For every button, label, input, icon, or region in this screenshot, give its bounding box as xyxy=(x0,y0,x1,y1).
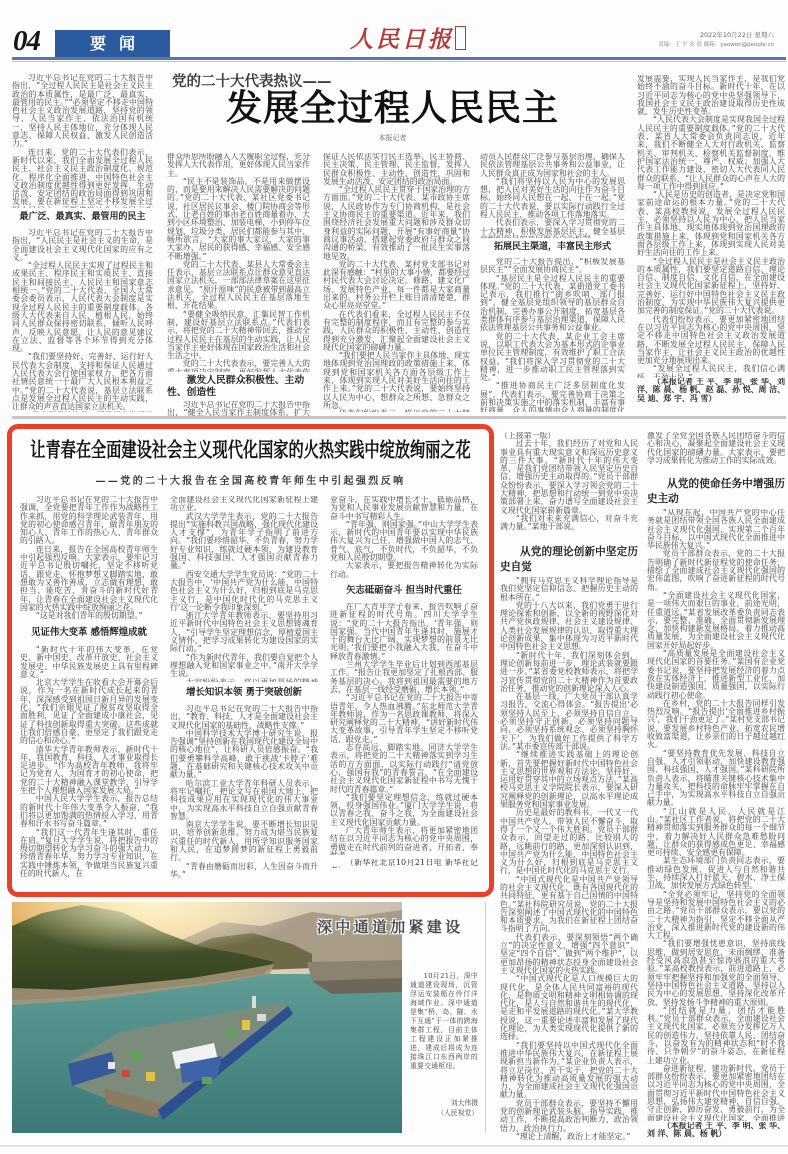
column-4b: 党的二十大报告提出，“积极发展基层民主”“全面发展协商民主”。“基层民主是全过程… xyxy=(480,258,625,412)
paragraph: 在乡村，党的二十大报告同样引发热烈反响。“报告提出‘全面推进乡村振兴’，我们干劲… xyxy=(647,700,785,750)
paragraph: 奋进新征程，建功新时代。党员干部群众纷纷表示，要更加紧密地团结在以习近平同志为核… xyxy=(647,1065,785,1121)
paragraph: “基层民主是全过程人民民主的重要体现。”党的二十大代表、某街道党工委书记表示，我… xyxy=(480,275,625,333)
article-democracy[interactable]: 习近平总书记在党的二十大报告中指出，“全过程人民民主是社会主义民主政治的本质属性… xyxy=(10,62,788,416)
paragraph: 北京大学学生在收看大会开幕会后说，作为一名在新时代成长起来的青年，深深感受到祖国… xyxy=(20,679,158,745)
paragraph: “团结就是力量，团结才能胜利。”党员干部群众表示，全面建设社会主义现代化国家，必… xyxy=(647,1007,785,1065)
column-5: 发展需要，实现人民当家作主，是我们党始终不渝的奋斗目标。新时代十年，在以习近平同… xyxy=(637,75,785,378)
column-2b: 习近平总书记在党的二十大报告中指出，“教育、科技、人才是全面建设社会主义现代化国… xyxy=(170,705,318,886)
paragraph: 全面建设社会主义现代化国家新征程上建功立业。 xyxy=(170,496,318,513)
column-divider xyxy=(485,902,486,1133)
agency-credit: （新华社北京10月21日电 新华社记者） xyxy=(330,859,478,868)
paragraph: “我们对未来充满信心，对奋斗充满力量。”某地干部说。 xyxy=(500,515,638,532)
paragraph: 代表们纷纷表示，将以党的二十大精神为指引，在新征程上奋力谱写发展全过程人民民主的… xyxy=(323,410,470,412)
paragraph: 过去十年，我们经历了对党和人民事业具有重大现实意义和深远历史意义的三件大事。“新… xyxy=(500,440,638,515)
reporter-credit: （本报记者 王 平、李 明、张 华、刘 洋、陈 晨、杨 帆、赵 磊、孙 悦、周 … xyxy=(637,378,785,412)
subhead: 从党的使命任务中增强历史主动 xyxy=(647,477,785,507)
article-subtitle: ——党的二十大报告在全国高校青年师生中引起强烈反响 xyxy=(12,476,489,488)
paragraph: 党的二十大代表、某县人大常委会主任表示，基层立法联系点让群众意见直达国家立法机关… xyxy=(167,261,310,311)
paragraph: “推进协商民主广泛多层制度化发展”，代表们表示，要完善协商于决策之前和决策实施之… xyxy=(480,382,625,412)
column-b-top: 激发了全党全国各族人民团结奋斗的信心和决心，凝聚起全面建设社会主义现代化国家的磅… xyxy=(647,432,785,474)
paragraph: “发展全过程人民民主，我们信心满怀、干劲十足。” xyxy=(637,365,785,378)
article-headline: 让青春在全面建设社会主义现代化国家的火热实践中绽放绚丽之花 xyxy=(12,437,489,463)
paragraph: “要健全吸纳民意、汇集民智工作机制，建设好基层立法联系点。”代表们表示，将把党的… xyxy=(167,311,310,361)
paragraph: “从现在起，中国共产党的中心任务就是团结带领全国各族人民全面建成社会主义现代化强… xyxy=(647,509,785,550)
column-4a: 动员人民群众广泛参与基层治理，确保人民依法管理基层公共事务和公益事业，让人民群众… xyxy=(480,153,625,238)
paragraph: “全面建设社会主义现代化国家，是一项伟大而艰巨的事业，前途光明，任重道远。”某省… xyxy=(647,592,785,650)
paragraph: 保证人民依法实行民主选举、民主协商、民主决策、民主管理、民主监督，发挥人民群众积… xyxy=(323,153,470,186)
paragraph: “我们要坚持以中国式现代化全面推进中华民族伟大复兴，在新征程上展现新担当新作为。… xyxy=(500,1042,638,1100)
paragraph: 在基层一线，广大党员干部认真学习报告，交流心得体会。“报告提出‘必须坚持人民至上… xyxy=(500,693,638,751)
subhead: 激发人民群众积极性、主动性、创造性 xyxy=(167,375,310,399)
paragraph: “江山就是人民，人民就是江山。”某社区工作者说，将把党的二十大精神贯彻落实到服务… xyxy=(647,808,785,858)
paragraph: “高质量发展是全面建设社会主义现代化国家的首要任务。”某国有企业党委书记说，要坚… xyxy=(647,650,785,700)
page-bottom-rule xyxy=(0,1145,788,1147)
paragraph: “新时代十年，我们深刻体会到，理论创新每前进一步，理论武装就要跟进一步。”某省委… xyxy=(500,652,638,693)
column-a-bottom: “拥有马克思主义科学理论指导是我们党坚定信仰信念、把握历史主动的根本所在。”党的… xyxy=(500,577,638,1141)
column-1b: 习近平总书记在党的二十大报告中指出，“人民民主是社会主义的生命，是全面建设社会主… xyxy=(12,229,153,412)
paragraph: “我们将坚持以人民为中心的发展思想，把人民对美好生活的向往作为奋斗目标，始终同人… xyxy=(480,178,625,219)
subhead: 见证伟大变革 感悟辉煌成就 xyxy=(20,627,158,639)
page-number: 04 xyxy=(13,26,40,56)
paragraph: “我们要增强忧患意识，坚持底线思维，做到居安思危、未雨绸缪，准备经受风高浪急甚至… xyxy=(647,940,785,1006)
column-3: 保证人民依法实行民主选举、民主协商、民主决策、民主管理、民主监督，发挥人民群众积… xyxy=(323,153,470,412)
photo-credit: 刘大伟摄 （人民视觉） xyxy=(410,1098,478,1118)
column-a-top: （上接第一版）过去十年，我们经历了对党和人民事业具有重大现实意义和深远历史意义的… xyxy=(500,432,638,541)
paragraph: 代表们表示，要深刻领悟“两个确立”的决定性意义，增强“四个意识”、坚定“四个自信… xyxy=(500,934,638,975)
issue-date: 2022年10月22日 星期六 xyxy=(700,31,774,39)
paragraph: “全党必须牢记，坚持党的全面领导是坚持和发展中国特色社会主义的必由之路。”党员干… xyxy=(647,891,785,941)
paragraph: 志存高远、脚踏实地。同济大学学生表示，将把党的二十大精神落实到学习生活的方方面面… xyxy=(330,744,478,794)
masthead-seal-icon xyxy=(455,26,466,50)
column-1a: 习近平总书记在党的二十大报告中强调，全党要把青年工作作为战略性工作来抓，用党的科… xyxy=(20,496,158,622)
paragraph: 党的二十大报告提出，“积极发展基层民主”“全面发展协商民主”。 xyxy=(480,258,625,275)
paragraph: 兰州大学学生毕业后计划到西部基层工作。“报告让我更加坚定了扎根西部、服务基层的决… xyxy=(330,661,478,694)
editor-line: 责编：王 平 金 晨 邮箱：yaowen@people.cn xyxy=(658,42,774,49)
column-2a: 群众所思所盼融入人大履职全过程，充分发挥人大代表作用，更好体现人民当家作主。“民… xyxy=(167,153,310,372)
paragraph: “拥有马克思主义科学理论指导是我们党坚定信仰信念、把握历史主动的根本所在。” xyxy=(500,577,638,602)
paragraph: 群众所思所盼融入人大履职全过程，充分发挥人大代表作用，更好体现人民当家作主。 xyxy=(167,153,310,178)
paragraph: “全过程人民民主实现了过程民主和成果民主、程序民主和实质民主、直接民主和间接民主… xyxy=(12,262,153,353)
paragraph: 西安交通大学学生党员说：“党的二十大报告中，‘中国共产党为什么能，中国特色社会主… xyxy=(170,571,318,612)
paragraph: “中国式现代化是人口规模巨大的现代化，是全体人民共同富裕的现代化，是物质文明和精… xyxy=(500,975,638,1041)
paragraph: “我们要坚持好、完善好、运行好人民代表大会制度，支持和保证人民通过人民代表大会行… xyxy=(12,353,153,411)
paragraph: “人民是历史的创造者，是决定党和国家前途命运的根本力量。”党的二十大代表、某高校… xyxy=(637,191,785,257)
paragraph: 代表们纷纷表示，要更加紧密地团结在以习近平同志为核心的党中央周围，坚定不移走中国… xyxy=(637,316,785,366)
paragraph: 武汉大学学生表示，党的二十大报告提出“实施科教兴国战略，强化现代化建设人才支撑”… xyxy=(170,513,318,571)
paragraph: 习近平总书记在党的二十大报告中指出，“教育、科技、人才是全面建设社会主义现代化国… xyxy=(170,705,318,730)
column-3a: 业奋斗，在实践中增长才干、砥砺品格，为党和人民事业发展贡献智慧和力量，在奋斗中书… xyxy=(330,496,478,581)
paragraph: 中国人民大学学生表示，报告总结的新时代十年伟大变革令人振奋，“我们将以更加饱满的… xyxy=(20,795,158,828)
paragraph: 中国科学技术大学博士研究生说，报告强调“坚持创新在我国现代化建设全局中的核心地位… xyxy=(170,730,318,780)
article-headline: 发展全过程人民民主 xyxy=(160,88,625,128)
paragraph: “继续推进实践基础上的理论创新，首先要把握好新时代中国特色社会主义思想的世界观和… xyxy=(500,751,638,809)
photo-agency: （人民视觉） xyxy=(410,1108,478,1118)
paragraph: 党的二十大代表、某企业工会主席说，以职工代表大会为基本形式的企事业单位民主管理制… xyxy=(480,333,625,383)
paragraph: 发展需要，实现人民当家作主，是我们党始终不渝的奋斗目标。新时代十年，在以习近平同… xyxy=(637,75,785,116)
paragraph: “习近平总书记在党的二十大报告中寄语青年，令人热血沸腾。”东北师范大学青年教师说… xyxy=(330,694,478,744)
paragraph: 历史是最好的教科书。一代又一代中国共产党人，带领人民不懈奋斗，取得了一个又一个伟… xyxy=(500,809,638,875)
photographer: 刘大伟摄 xyxy=(410,1098,478,1108)
masthead-logo: 人民日报 xyxy=(350,25,466,55)
paragraph: “全过程人民民主贯穿于国家治理的方方面面。”党的二十大代表、某市政协主席说，人民… xyxy=(323,186,470,261)
paragraph: “理论上清醒，政治上才能坚定。” xyxy=(500,1133,638,1141)
masthead-text: 人民日报 xyxy=(350,27,454,52)
newspaper-page: 04 要闻 人民日报 2022年10月22日 星期六 责编：王 平 金 晨 邮箱… xyxy=(0,0,788,1154)
subhead: 最广泛、最真实、最管用的民主 xyxy=(12,211,153,223)
paragraph: “人民代表大会制度是实现我国全过程人民民主的重要制度载体。”党的二十大代表、某省… xyxy=(637,116,785,191)
news-photo-block[interactable]: 深中通道加紧建设 10月21日，深中通道建设现场，沉管浮运安装船在伶仃洋海域作业… xyxy=(12,902,488,1135)
reporter-credit: （本报记者 王 平、李 明、张 华、刘 洋、陈 晨、杨 帆） xyxy=(647,1122,785,1139)
article-continued-from-page-1[interactable]: （上接第一版）过去十年，我们经历了对党和人民事业具有重大现实意义和深远历史意义的… xyxy=(498,428,788,1142)
paragraph: 大家纷纷表示，将以更加昂扬的精神状态投入学习和工作。 xyxy=(170,679,318,682)
paragraph: “新时代十年的伟大变革，在党史、新中国史、改革开放史、社会主义发展史、中华民族发… xyxy=(20,646,158,679)
paragraph: “中国式现代化是中国共产党领导的社会主义现代化，既有各国现代化的共同特征，更有基… xyxy=(500,876,638,934)
highlighted-article-youth[interactable]: 让青春在全面建设社会主义现代化国家的火热实践中绽放绚丽之花 ——党的二十大报告在… xyxy=(7,424,494,897)
paragraph: 大家表示，要把报告精神转化为实际行动。 xyxy=(330,562,478,579)
paragraph: 习近平总书记在党的二十大报告中指出，“人民民主是社会主义的生命，是全面建设社会主… xyxy=(12,229,153,262)
paragraph: 习近平总书记在党的二十大报告中指出，“全过程人民民主是社会主义民主政治的本质属性… xyxy=(12,74,153,149)
column-2a: 全面建设社会主义现代化国家新征程上建功立业。武汉大学学生表示，党的二十大报告提出… xyxy=(170,496,318,682)
paragraph: “要坚持教育优先发展、科技自立自强、人才引领驱动，加快建设教育强国、科技强国、人… xyxy=(647,750,785,808)
paragraph: “民主不是装饰品，不是用来做摆设的，而是要用来解决人民需要解决的问题的。”党的二… xyxy=(167,178,310,261)
subhead: 拓展民主渠道，丰富民主形式 xyxy=(480,241,625,253)
paragraph: “青年强，则国家强。”中山大学学生表示，新时代的中国青年要以实现中华民族伟大复兴… xyxy=(330,521,478,562)
paragraph: 南京大学学生说，要不断增长知识见识，培养创新思维，努力成为堪当民族复兴重任的时代… xyxy=(170,821,318,862)
article-byline: 本报记者 xyxy=(160,134,625,142)
subhead: 增长知识本领 勇于突破创新 xyxy=(170,687,318,699)
paragraph: 连日来，党的二十大代表们表示，新时代以来，我们全面发展全过程人民民主，社会主义民… xyxy=(12,149,153,208)
column-b-bottom: “从现在起，中国共产党的中心任务就是团结带领全国各族人民全面建成社会主义现代化强… xyxy=(647,509,785,1121)
paragraph: 广大青年师生表示，将更加紧密地团结在以习近平同志为核心的党中央周围，勇做走在时代… xyxy=(330,827,478,855)
subhead: 从党的理论创新中坚定历史自觉 xyxy=(500,545,638,575)
paragraph: 在代表们看来，全过程人民民主不仅有完整的制度程序，而且有完整的参与实践，人民群众… xyxy=(323,311,470,352)
paragraph: “作为新时代青年，我们要自觉把个人理想融入党和国家事业之中。”南开大学学生说。 xyxy=(170,654,318,679)
paragraph: 清华大学青年教师表示，新时代十年，我国教育、科技、人才事业取得长足进步。“作为高… xyxy=(20,746,158,796)
paragraph: 业奋斗，在实践中增长才干、砥砺品格，为党和人民事业发展贡献智慧和力量，在奋斗中书… xyxy=(330,496,478,521)
paragraph: 党的二十大代表、某村党支部书记对此深有感触：“村里的大事小情，都要经过村民代表大… xyxy=(323,261,470,311)
column-1a: 习近平总书记在党的二十大报告中指出，“全过程人民民主是社会主义民主政治的本质属性… xyxy=(12,74,153,208)
paragraph: 习近平总书记在党的二十大报告中强调，全党要把青年工作作为战略性工作来抓，用党的科… xyxy=(20,496,158,546)
paragraph: 激发了全党全国各族人民团结奋斗的信心和决心，凝聚起全面建设社会主义现代化国家的磅… xyxy=(647,432,785,465)
construction-photo xyxy=(12,902,402,1133)
paragraph: “我们要坚定理想信念，练就过硬本领，投身强国伟业。”厦门大学学生说，将以青春之我… xyxy=(330,794,478,827)
paragraph: 党的十八大以来，我们党勇于进行理论探索和创新，以全新的视野深化对共产党执政规律、… xyxy=(500,602,638,652)
section-divider xyxy=(12,416,786,419)
paragraph: 连日来，报告在全国高校青年师生中引起强烈反响。大家表示，要牢记习近平总书记殷切嘱… xyxy=(20,546,158,612)
column-1b: “新时代十年的伟大变革，在党史、新中国史、改革开放史、社会主义发展史、中华民族发… xyxy=(20,646,158,886)
paragraph: “这是对我们青年的殷切期望。” xyxy=(20,612,158,620)
paragraph: 党员干部群众表示，党的二十大报告明确了新时代新征程党的使命任务，描绘了全面建成社… xyxy=(647,550,785,591)
column-3b: 在广大青年学子看来，报告吹响了奋进新征程的时代号角。四川大学学生说：“党的二十大… xyxy=(330,603,478,855)
subhead: 矢志砥砺奋斗 担当时代重任 xyxy=(330,585,478,597)
paragraph: 动员人民群众广泛参与基层治理，确保人民依法管理基层公共事务和公益事业，让人民群众… xyxy=(480,153,625,178)
paragraph: 代表们表示，要深入学习贯彻党的二十大精神，积极发展基层民主，健全基层党组织领导的… xyxy=(480,219,625,238)
paragraph: 党员干部群众表示，要坚持不懈用党的创新理论武装头脑、指导实践、推动工作，不断提高… xyxy=(500,1100,638,1133)
section-tab: 要闻 xyxy=(55,30,170,57)
paragraph: 浙江大学青年教师表示，要坚持用习近平新时代中国特色社会主义思想铸魂育人，“引导学… xyxy=(170,612,318,653)
paragraph: “青春由磨砺而出彩，人生因奋斗而升华。” xyxy=(170,863,318,880)
paragraph: “我们这一代青年生逢其时，重任在肩。”复旦大学学生说，将把报告中的殷切期望转化为… xyxy=(20,829,158,879)
paragraph: 在广大青年学子看来，报告吹响了奋进新征程的时代号角。四川大学学生说：“党的二十大… xyxy=(330,603,478,661)
paragraph: 党的二十大代表表示，要完善人大的重大事项决定制度，更好发挥人大代表作用，健全人大… xyxy=(167,360,310,372)
paragraph: “我们要把人民当家作主具体地、现实地体现到党治国理政的政策措施上来，体现到党和国… xyxy=(323,352,470,410)
photo-title: 深中通道加紧建设 xyxy=(317,918,463,936)
paragraph: 哈尔滨工业大学青年科研人员表示，将牢记嘱托，把论文写在祖国大地上，把科技成果应用… xyxy=(170,780,318,821)
photo-caption: 10月21日，深中通道建设现场，沉管浮运安装船在伶仃洋海域作业。深中通道是集“桥… xyxy=(410,972,478,1071)
paragraph: “全过程人民民主是社会主义民主政治的本质属性，我们要坚定道路自信、理论自信、制度… xyxy=(637,258,785,316)
paragraph: 某生态环境部门负责同志表示，要推动绿色发展，促进人与自然和谐共生，持续深入打好蓝… xyxy=(647,857,785,890)
